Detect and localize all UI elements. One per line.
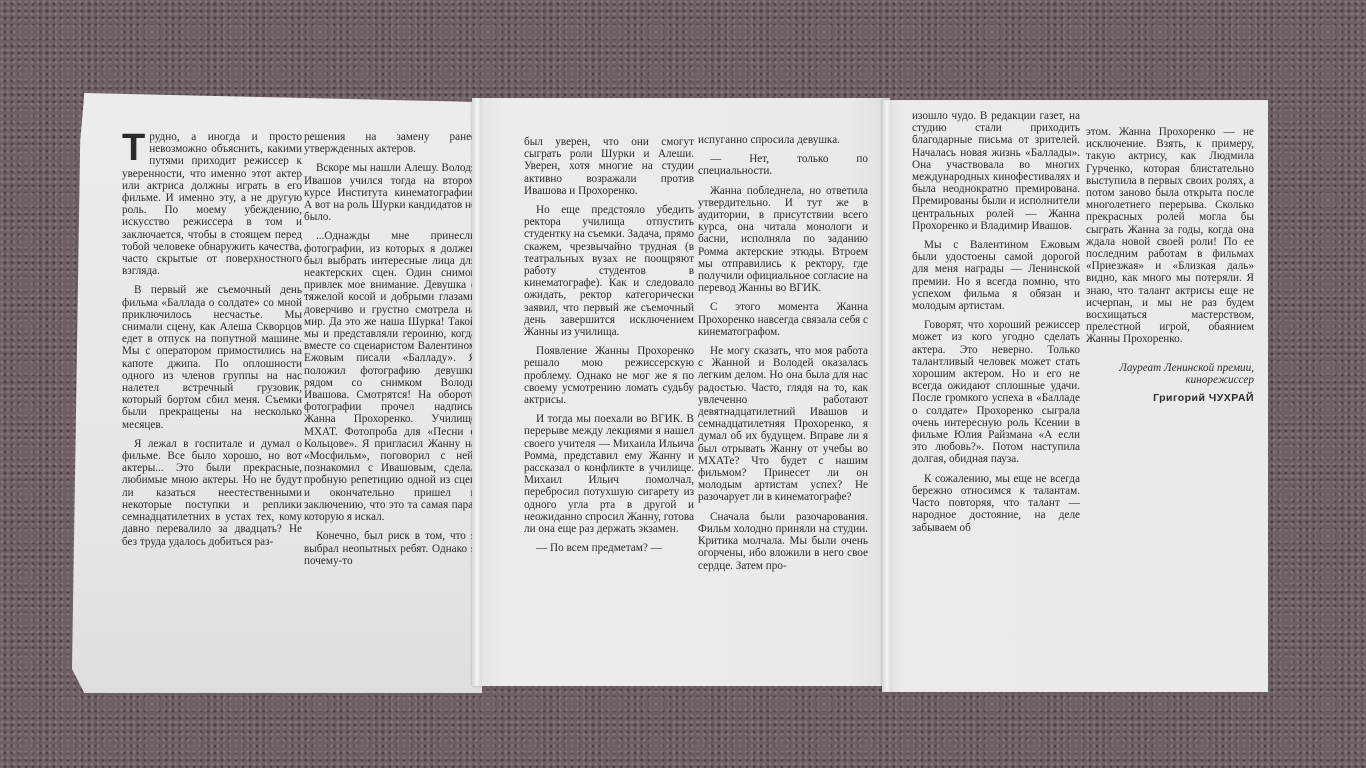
paragraph: Вскоре мы нашли Алешу. Володя Ивашов учи… xyxy=(304,162,476,223)
paragraph: — По всем предметам? — xyxy=(524,542,694,554)
paragraph: Мы с Валентином Ежовым были удостоены са… xyxy=(912,239,1080,312)
text-column-5: изошло чудо. В редакции газет, на студию… xyxy=(912,110,1080,541)
paragraph: этом. Жанна Прохоренко — не исключение. … xyxy=(1086,126,1254,346)
paragraph: Жанна побледнела, но ответила утвердител… xyxy=(698,185,868,295)
text-column-3: был уверен, что они смогут сыграть роли … xyxy=(524,136,694,562)
paragraph: В первый же съемочный день фильма «Балла… xyxy=(122,284,302,430)
fold-crease xyxy=(472,98,482,686)
text-column-1: Трудно, а иногда и просто невозможно объ… xyxy=(122,131,302,555)
text-column-4: испуганно спросила девушка. — Нет, тольк… xyxy=(698,134,868,579)
paragraph: Я лежал в госпитале и думал о фильме. Вс… xyxy=(122,438,302,548)
author-name: Григорий ЧУХРАЙ xyxy=(1086,392,1254,404)
paragraph: — Нет, только по специальности. xyxy=(698,153,868,177)
paragraph: изошло чудо. В редакции газет, на студию… xyxy=(912,110,1080,232)
booklet-page-left: Трудно, а иногда и просто невозможно объ… xyxy=(72,93,482,693)
booklet-page-right: изошло чудо. В редакции газет, на студию… xyxy=(882,100,1268,692)
paragraph: Не могу сказать, что моя работа с Жанной… xyxy=(698,345,868,504)
booklet-page-middle: был уверен, что они смогут сыграть роли … xyxy=(472,98,890,686)
paragraph: Трудно, а иногда и просто невозможно объ… xyxy=(122,131,302,277)
paragraph: решения на замену ранее утвержденных акт… xyxy=(304,131,476,155)
paragraph: С этого момента Жанна Прохоренко навсегд… xyxy=(698,301,868,338)
text-column-2: решения на замену ранее утвержденных акт… xyxy=(304,131,476,574)
text-column-6: этом. Жанна Прохоренко — не исключение. … xyxy=(1086,126,1254,404)
fold-crease xyxy=(882,100,892,692)
paragraph: Сначала были разочарования. Фильм холодн… xyxy=(698,511,868,572)
paragraph: ...Однажды мне принесли фотографии, из к… xyxy=(304,230,476,523)
paragraph: К сожалению, мы еще не всегда бережно от… xyxy=(912,473,1080,534)
author-credentials: Лауреат Ленинской премии, кинорежиссер xyxy=(1086,362,1254,386)
paragraph: Появление Жанны Прохоренко решало мою ре… xyxy=(524,345,694,406)
paragraph: И тогда мы поехали во ВГИК. В перерыве м… xyxy=(524,413,694,535)
paragraph: Говорят, что хороший режиссер может из к… xyxy=(912,319,1080,465)
paragraph: Конечно, был риск в том, что я выбрал не… xyxy=(304,530,476,567)
drop-cap: Т xyxy=(122,133,145,163)
paragraph: испуганно спросила девушка. xyxy=(698,134,868,146)
paragraph: был уверен, что они смогут сыграть роли … xyxy=(524,136,694,197)
paragraph: Но еще предстояло убедить ректора училищ… xyxy=(524,204,694,338)
